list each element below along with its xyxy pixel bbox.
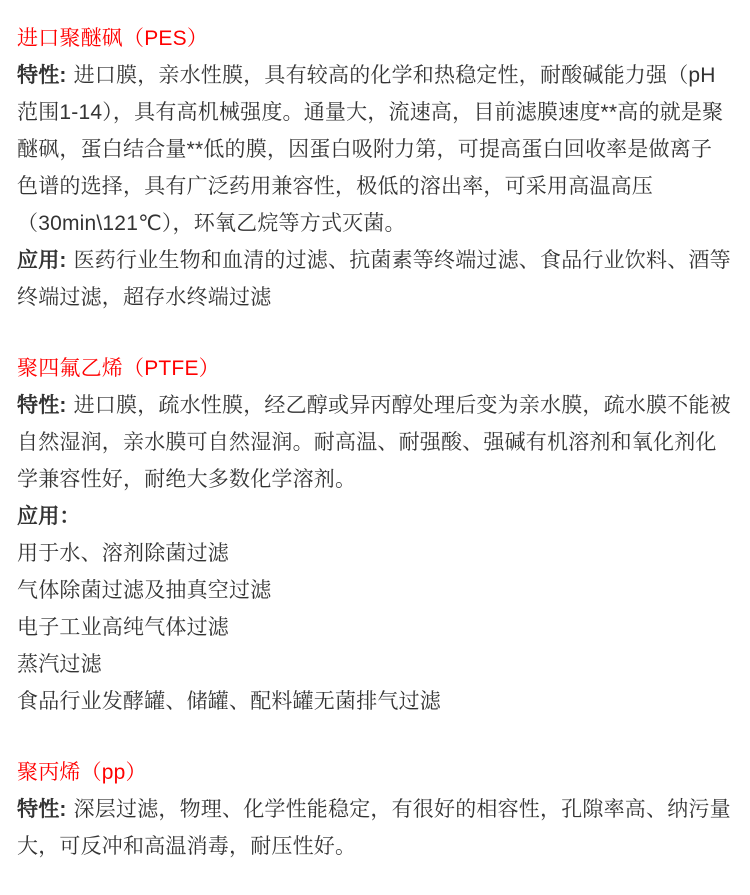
ptfe-application-item: 气体除菌过滤及抽真空过滤 bbox=[17, 572, 733, 609]
pes-features-paragraph: 特性:进口膜，亲水性膜，具有较高的化学和热稳定性，耐酸碱能力强（pH范围1-14… bbox=[17, 57, 733, 242]
features-label: 特性: bbox=[17, 394, 67, 417]
section-heading-pes: 进口聚醚砜（PES） bbox=[17, 20, 733, 57]
features-text: 深层过滤，物理、化学性能稳定，有很好的相容性，孔隙率高、纳污量大，可反冲和高温消… bbox=[17, 798, 731, 858]
section-pes: 进口聚醚砜（PES） 特性:进口膜，亲水性膜，具有较高的化学和热稳定性，耐酸碱能… bbox=[17, 20, 733, 316]
features-label: 特性: bbox=[17, 798, 67, 821]
item-text: 食品行业发酵罐、储罐、配料罐无菌排气过滤 bbox=[17, 690, 441, 713]
pp-features-paragraph: 特性:深层过滤，物理、化学性能稳定，有很好的相容性，孔隙率高、纳污量大，可反冲和… bbox=[17, 791, 733, 865]
section-pp: 聚丙烯（pp） 特性:深层过滤，物理、化学性能稳定，有很好的相容性，孔隙率高、纳… bbox=[17, 754, 733, 865]
ptfe-applications-heading-line: 应用： bbox=[17, 498, 733, 535]
applications-label: 应用: bbox=[17, 249, 67, 272]
item-text: 气体除菌过滤及抽真空过滤 bbox=[17, 579, 271, 602]
ptfe-features-paragraph: 特性:进口膜，疏水性膜，经乙醇或异丙醇处理后变为亲水膜，疏水膜不能被自然湿润，亲… bbox=[17, 387, 733, 498]
item-text: 电子工业高纯气体过滤 bbox=[17, 616, 229, 639]
features-text: 进口膜，疏水性膜，经乙醇或异丙醇处理后变为亲水膜，疏水膜不能被自然湿润，亲水膜可… bbox=[17, 394, 731, 491]
pes-applications-paragraph: 应用:医药行业生物和血清的过滤、抗菌素等终端过滤、食品行业饮料、酒等终端过滤，超… bbox=[17, 242, 733, 316]
ptfe-application-item: 蒸汽过滤 bbox=[17, 646, 733, 683]
ptfe-application-item: 食品行业发酵罐、储罐、配料罐无菌排气过滤 bbox=[17, 683, 733, 720]
section-heading-pp: 聚丙烯（pp） bbox=[17, 754, 733, 791]
document-body: 进口聚醚砜（PES） 特性:进口膜，亲水性膜，具有较高的化学和热稳定性，耐酸碱能… bbox=[0, 0, 750, 895]
section-heading-ptfe: 聚四氟乙烯（PTFE） bbox=[17, 350, 733, 387]
applications-text: 医药行业生物和血清的过滤、抗菌素等终端过滤、食品行业饮料、酒等终端过滤，超存水终… bbox=[17, 249, 731, 309]
ptfe-application-item: 电子工业高纯气体过滤 bbox=[17, 609, 733, 646]
ptfe-application-item: 用于水、溶剂除菌过滤 bbox=[17, 535, 733, 572]
features-label: 特性: bbox=[17, 64, 67, 87]
applications-label: 应用： bbox=[17, 505, 81, 528]
features-text: 进口膜，亲水性膜，具有较高的化学和热稳定性，耐酸碱能力强（pH范围1-14），具… bbox=[17, 64, 723, 235]
item-text: 蒸汽过滤 bbox=[17, 653, 102, 676]
item-text: 用于水、溶剂除菌过滤 bbox=[17, 542, 229, 565]
section-ptfe: 聚四氟乙烯（PTFE） 特性:进口膜，疏水性膜，经乙醇或异丙醇处理后变为亲水膜，… bbox=[17, 350, 733, 720]
